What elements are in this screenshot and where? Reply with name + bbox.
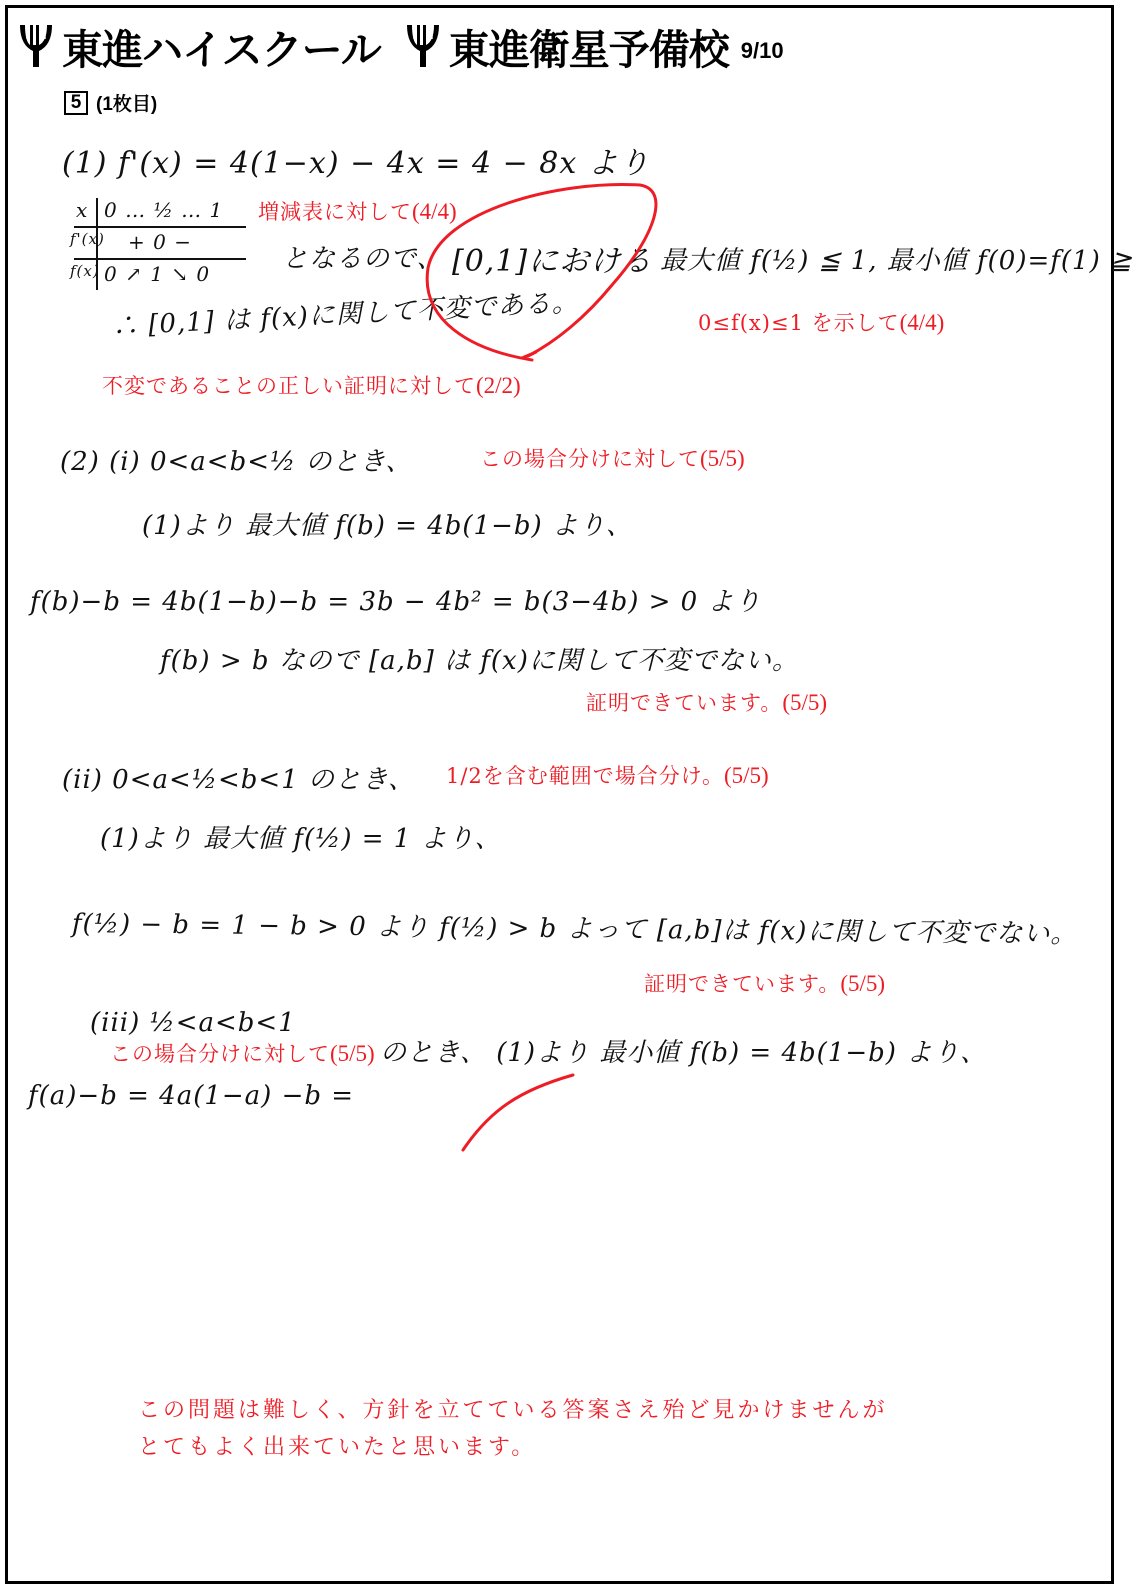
page-number: 9/10 (741, 38, 784, 64)
case1-max: (1)より 最大値 f(b) = 4b(1−b) より、 (142, 505, 633, 542)
table-x-values: 0 … ½ … 1 (104, 198, 223, 222)
table-fprime-head: f'(x) (70, 230, 105, 248)
brand-satellite: 東進衛星予備校 (403, 17, 729, 76)
conclusion-a: となるので、 (282, 238, 443, 275)
grade-comment-proof2: 証明できています。(5/5) (644, 968, 885, 998)
final-comment-line1: この問題は難しく、方針を立てている答案さえ殆ど見かけませんが (138, 1392, 888, 1429)
case3-line-tail: のとき、 (1)より 最小値 f(b) = 4b(1−b) より、 (380, 1032, 987, 1069)
toshin-tree-logo-icon (16, 23, 56, 69)
case3-line: (iii) ½<a<b<1 (90, 1008, 296, 1038)
grade-comment-proof1: 証明できています。(5/5) (586, 687, 827, 717)
toshin-tree-logo-icon (403, 23, 443, 69)
header: 東進ハイスクール 東進衛星予備校 9/10 (16, 16, 784, 76)
derivative-line: (1) f'(x) = 4(1−x) − 4x = 4 − 8x より (62, 138, 650, 182)
question-number: 5 (64, 91, 88, 115)
grade-comment-case3: この場合分けに対して(5/5) (110, 1038, 375, 1068)
grade-comment-case2: 1/2を含む範囲で場合分け。(5/5) (446, 760, 769, 790)
final-comment-line2: とてもよく出来ていたと思います。 (138, 1429, 888, 1466)
case1-line: (2) (i) 0<a<b<½ のとき、 (60, 441, 412, 478)
table-f-values: 0 ↗ 1 ↘ 0 (104, 262, 210, 286)
table-fprime-values: + 0 − (128, 230, 192, 254)
brand-right-label: 東進衛星予備校 (449, 17, 729, 76)
question-label: 5 (1枚目) (64, 89, 157, 116)
case2-line: (ii) 0<a<½<b<1 のとき、 (62, 759, 415, 796)
table-x-head: x (76, 198, 88, 222)
table-rule (74, 226, 246, 228)
case1-calc: f(b)−b = 4b(1−b)−b = 3b − 4b² = b(3−4b) … (30, 581, 761, 618)
grade-comment-range: 0≤f(x)≤1 を示して(4/4) (698, 307, 944, 337)
brand-highschool: 東進ハイスクール (16, 17, 381, 76)
grade-comment-invariance: 不変であることの正しい証明に対して(2/2) (102, 370, 521, 400)
table-f-head: f(x) (70, 262, 100, 280)
brand-left-label: 東進ハイスクール (62, 17, 381, 76)
grade-comment-case1: この場合分けに対して(5/5) (480, 443, 745, 473)
conclusion-b: [0,1]における (452, 236, 652, 280)
conclusion-c: 最大値 f(½) ≦ 1, 最小値 f(0)=f(1) ≧ 0 (660, 240, 1140, 277)
grade-comment-table: 増減表に対して(4/4) (258, 196, 457, 226)
final-comment: この問題は難しく、方針を立てている答案さえ殆ど見かけませんが とてもよく出来てい… (138, 1392, 888, 1466)
sheet-label: (1枚目) (96, 89, 157, 116)
case2-max: (1)より 最大値 f(½) = 1 より、 (100, 818, 502, 855)
table-rule (74, 258, 246, 260)
case3-calc: f(a)−b = 4a(1−a) −b = (28, 1081, 354, 1111)
case1-conclusion: f(b) > b なので [a,b] は f(x)に関して不変でない。 (160, 640, 799, 677)
increase-decrease-table: x 0 … ½ … 1 f'(x) + 0 − f(x) 0 ↗ 1 ↘ 0 (70, 196, 248, 292)
